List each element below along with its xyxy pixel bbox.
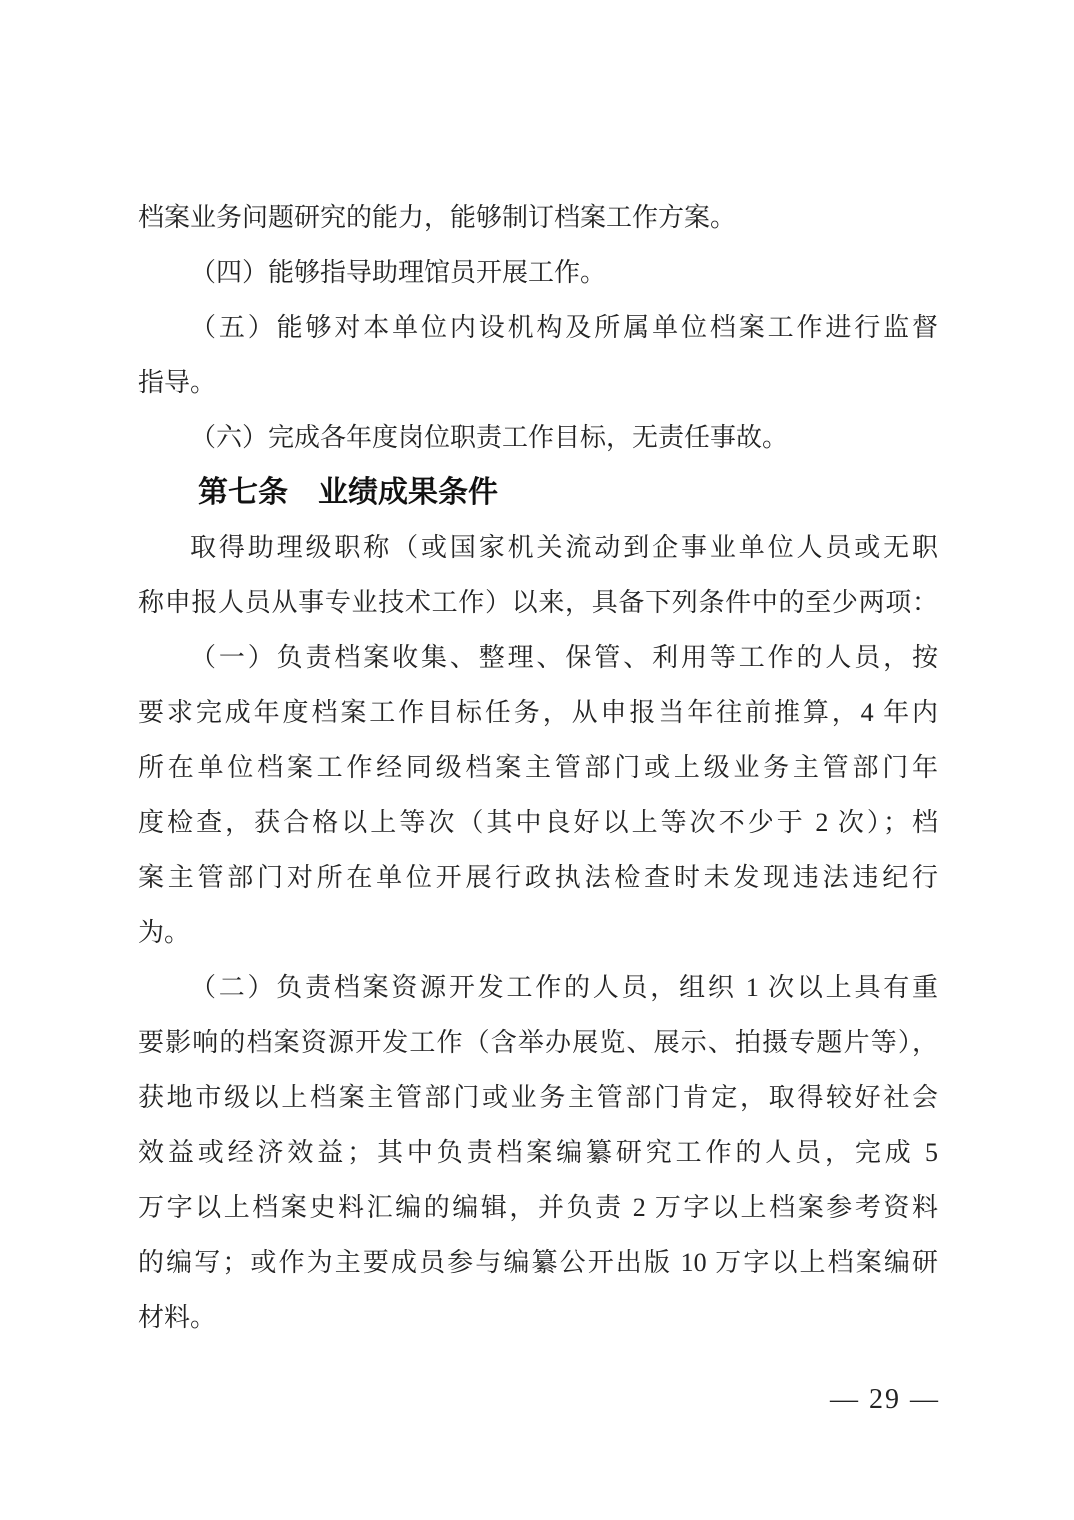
text-line: （六）完成各年度岗位职责工作目标，无责任事故。	[138, 410, 938, 465]
text-line: （一）负责档案收集、整理、保管、利用等工作的人员，按	[138, 630, 938, 685]
text-line: （四）能够指导助理馆员开展工作。	[138, 245, 938, 300]
text-line: （五）能够对本单位内设机构及所属单位档案工作进行监督	[138, 300, 938, 355]
page-number: — 29 —	[830, 1383, 940, 1417]
text-line: （二）负责档案资源开发工作的人员，组织 1 次以上具有重	[138, 960, 938, 1015]
text-line: 所在单位档案工作经同级档案主管部门或上级业务主管部门年	[138, 740, 938, 795]
text-line: 档案业务问题研究的能力，能够制订档案工作方案。	[138, 190, 938, 245]
text-line: 度检查，获合格以上等次（其中良好以上等次不少于 2 次）；档	[138, 795, 938, 850]
text-line: 称申报人员从事专业技术工作）以来，具备下列条件中的至少两项：	[138, 575, 938, 630]
text-line: 要求完成年度档案工作目标任务，从申报当年往前推算，4 年内	[138, 685, 938, 740]
text-line: 要影响的档案资源开发工作（含举办展览、展示、拍摄专题片等），	[138, 1015, 938, 1070]
text-line: 为。	[138, 905, 938, 960]
document-page: 档案业务问题研究的能力，能够制订档案工作方案。（四）能够指导助理馆员开展工作。（…	[0, 0, 1074, 1520]
text-line: 取得助理级职称（或国家机关流动到企事业单位人员或无职	[138, 520, 938, 575]
text-line: 万字以上档案史料汇编的编辑，并负责 2 万字以上档案参考资料	[138, 1180, 938, 1235]
text-line: 效益或经济效益；其中负责档案编纂研究工作的人员，完成 5	[138, 1125, 938, 1180]
text-line: 指导。	[138, 355, 938, 410]
text-line: 案主管部门对所在单位开展行政执法检查时未发现违法违纪行	[138, 850, 938, 905]
document-body: 档案业务问题研究的能力，能够制订档案工作方案。（四）能够指导助理馆员开展工作。（…	[138, 190, 938, 1345]
section-heading: 第七条 业绩成果条件	[138, 465, 938, 520]
text-line: 的编写；或作为主要成员参与编纂公开出版 10 万字以上档案编研	[138, 1235, 938, 1290]
text-line: 获地市级以上档案主管部门或业务主管部门肯定，取得较好社会	[138, 1070, 938, 1125]
text-line: 材料。	[138, 1290, 938, 1345]
